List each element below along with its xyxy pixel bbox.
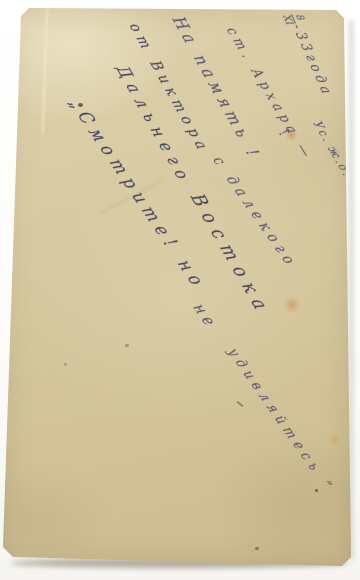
paper-speck xyxy=(64,363,67,366)
handwriting-date: 8XI-33года xyxy=(280,12,339,99)
paper-speck xyxy=(255,547,259,550)
handwriting-dedication: На память ! xyxy=(169,15,264,162)
ink-dash-mark xyxy=(236,401,243,408)
ink-dot xyxy=(315,489,318,492)
postcard-back: 8XI-33года Ус. ж.д. ст. Архара — ! На па… xyxy=(0,0,354,568)
paper-stain xyxy=(328,434,341,445)
paper-crease xyxy=(42,6,48,134)
handwriting-quote-line-3: удивляйтесь ” xyxy=(225,347,337,494)
paper-stain xyxy=(283,296,301,313)
date-year: -33года xyxy=(288,23,335,99)
handwriting-quote-line-2: не xyxy=(190,302,221,332)
paper-speck xyxy=(125,344,129,347)
